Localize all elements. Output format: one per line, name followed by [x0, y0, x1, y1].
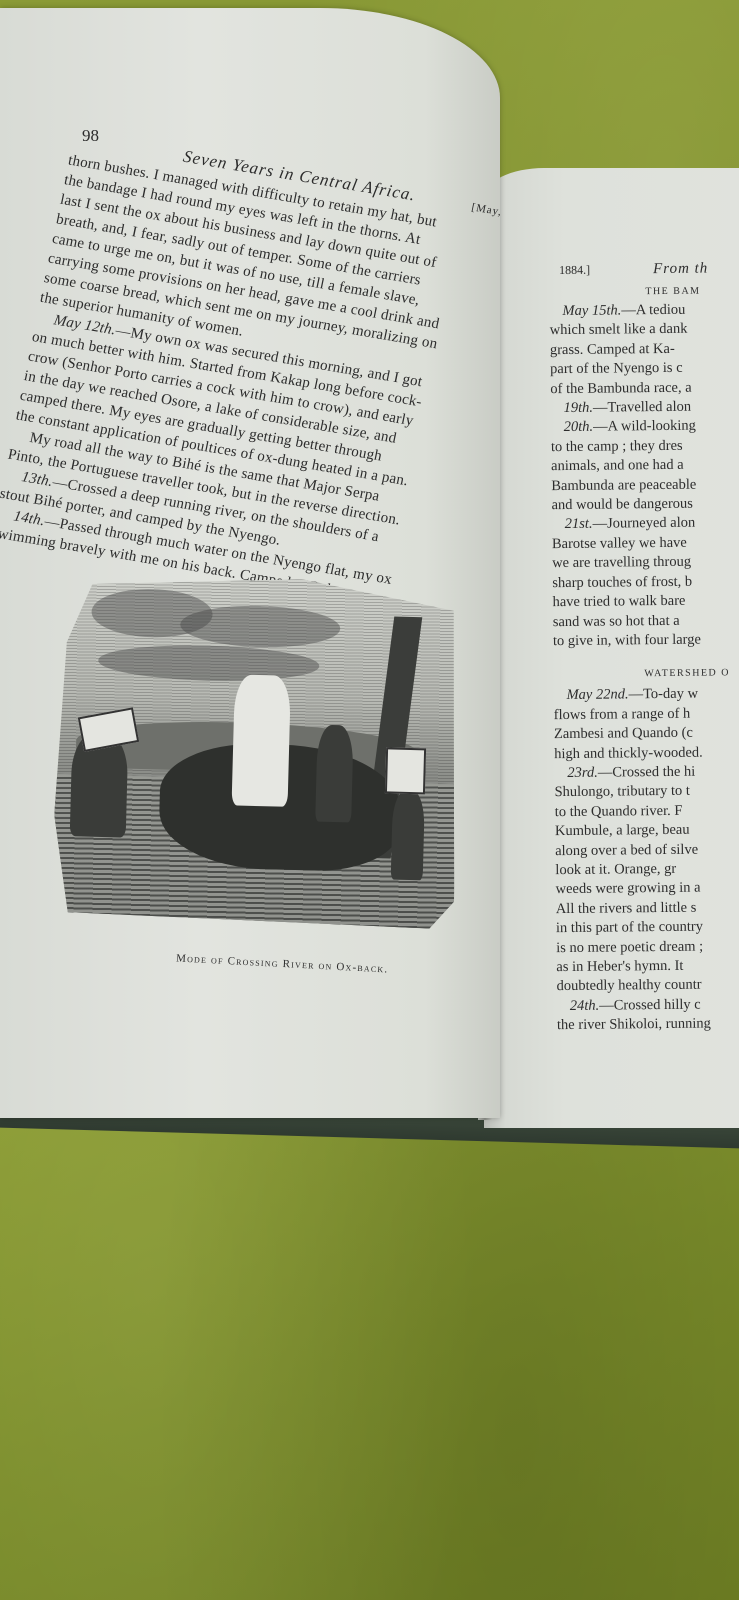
text-line: 24th.—Crossed hilly c [570, 995, 739, 1017]
text-line: sand was so hot that a [553, 610, 739, 632]
text-line: to give in, with four large [553, 630, 739, 652]
text-line: we are travelling throug [552, 552, 739, 574]
text-line: Barotse valley we have [552, 533, 739, 555]
porter-figure [390, 789, 424, 880]
text-line: of the Bambunda race, a [550, 378, 739, 400]
text-line: and would be dangerous [551, 494, 739, 516]
section-heading: THE BAM [645, 285, 739, 297]
entry-date: 20th. [564, 419, 594, 435]
text-line: along over a bed of silve [555, 839, 739, 861]
cloud-shape [98, 643, 320, 683]
porter-figure [315, 725, 354, 823]
right-page-text: 1884.] From th THE BAM May 15th.—A tedio… [565, 260, 739, 1036]
text-line: is no mere poetic dream ; [556, 936, 739, 958]
text-line: have tried to walk bare [552, 591, 739, 613]
text-line: doubtedly healthy countr [556, 975, 739, 997]
right-page-lines-2: May 22nd.—To-day wflows from a range of … [569, 684, 739, 1035]
right-running-title: From th [653, 261, 708, 278]
page-year: 1884.] [559, 263, 590, 277]
entry-date: May 22nd. [566, 687, 628, 704]
text-line: high and thickly-wooded. [554, 742, 739, 764]
text-line: May 22nd.—To-day w [566, 684, 739, 706]
text-line: flows from a range of h [554, 704, 739, 726]
left-page-text: Seven Years in Central Africa. [May, tho… [0, 128, 469, 609]
left-page-lines: thorn bushes. I managed with difficulty … [0, 151, 465, 610]
text-line: Shulongo, tributary to t [554, 781, 739, 803]
text-line: grass. Camped at Ka- [550, 339, 739, 361]
engraving-illustration [52, 573, 463, 929]
entry-date: 19th. [563, 400, 593, 416]
rider-figure [231, 674, 291, 807]
text-line: 21st.—Journeyed alon [565, 513, 739, 535]
text-line: Bambunda are peaceable [551, 475, 739, 497]
text-line: the river Shikoloi, running [557, 1014, 739, 1036]
text-line: animals, and one had a [551, 455, 739, 477]
text-line: in this part of the country [556, 917, 739, 939]
text-line: which smelt like a dank [550, 319, 739, 341]
text-line: May 15th.—A tediou [562, 300, 739, 322]
text-line: part of the Nyengo is c [550, 358, 739, 380]
entry-date: 23rd. [567, 765, 598, 781]
text-line: weeds were growing in a [555, 878, 739, 900]
bundle-shape [385, 747, 426, 794]
text-line: 20th.—A wild-looking [564, 416, 739, 438]
right-running-head: 1884.] From th [559, 260, 739, 279]
section-heading: WATERSHED O [644, 667, 739, 679]
cloud-shape [179, 604, 341, 650]
text-line: All the rivers and little s [556, 898, 739, 920]
text-line: as in Heber's hymn. It [556, 956, 739, 978]
text-line: to the camp ; they dres [551, 436, 739, 458]
entry-date: 21st. [565, 516, 593, 532]
right-page-lines-1: May 15th.—A tediouwhich smelt like a dan… [565, 300, 739, 651]
entry-date: May 15th. [562, 302, 621, 319]
text-line: look at it. Orange, gr [555, 859, 739, 881]
text-line: 19th.—Travelled alon [563, 397, 739, 419]
text-line: Kumbule, a large, beau [555, 820, 739, 842]
text-line: sharp touches of frost, b [552, 572, 739, 594]
text-line: to the Quando river. F [555, 801, 739, 823]
text-line: 23rd.—Crossed the hi [567, 762, 739, 784]
entry-date: 24th. [570, 997, 600, 1013]
text-line: Zambesi and Quando (c [554, 723, 739, 745]
